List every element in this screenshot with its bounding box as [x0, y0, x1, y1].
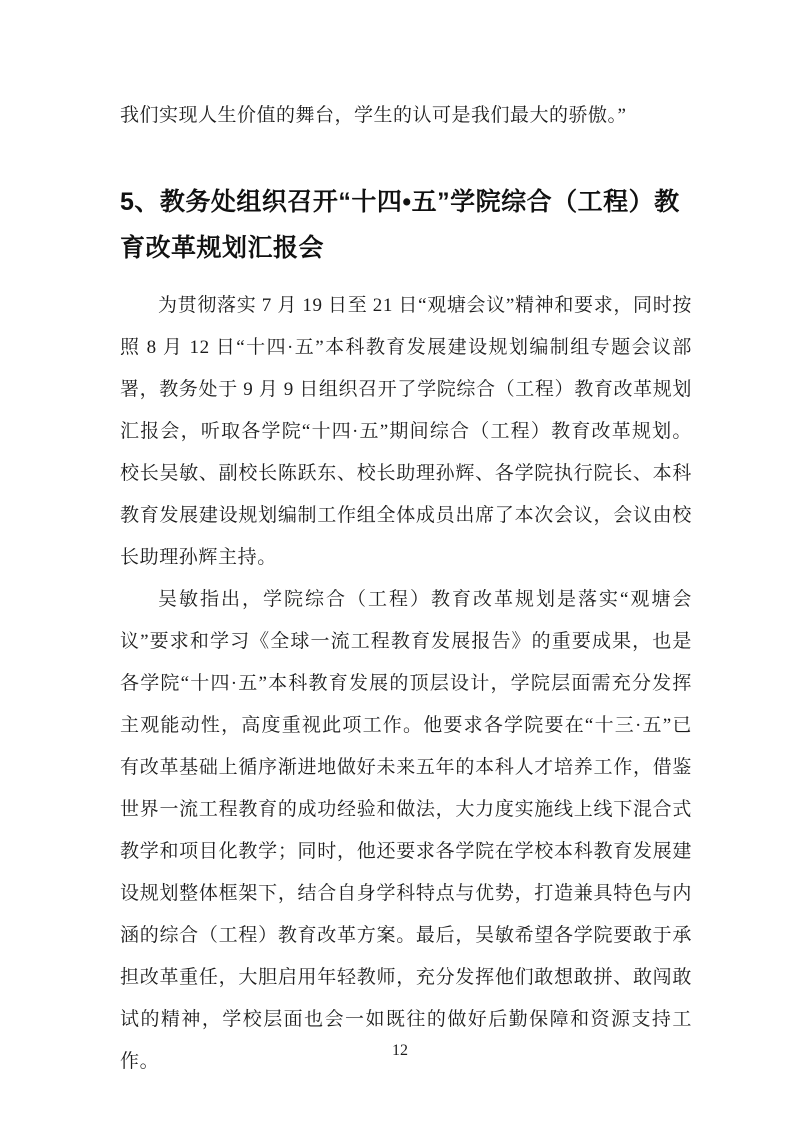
- page-number: 12: [0, 1042, 800, 1060]
- body-paragraph-2: 吴敏指出，学院综合（工程）教育改革规划是落实“观塘会议”要求和学习《全球一流工程…: [120, 579, 692, 1083]
- section-heading: 5、教务处组织召开“十四•五”学院综合（工程）教育改革规划汇报会: [120, 179, 692, 271]
- paragraph-continuation: 我们实现人生价值的舞台，学生的认可是我们最大的骄傲。”: [120, 103, 692, 129]
- document-page: 我们实现人生价值的舞台，学生的认可是我们最大的骄傲。” 5、教务处组织召开“十四…: [0, 0, 800, 1131]
- text-block: 我们实现人生价值的舞台，学生的认可是我们最大的骄傲。” 5、教务处组织召开“十四…: [120, 103, 692, 1083]
- body-paragraph-1: 为贯彻落实 7 月 19 日至 21 日“观塘会议”精神和要求，同时按照 8 月…: [120, 285, 692, 579]
